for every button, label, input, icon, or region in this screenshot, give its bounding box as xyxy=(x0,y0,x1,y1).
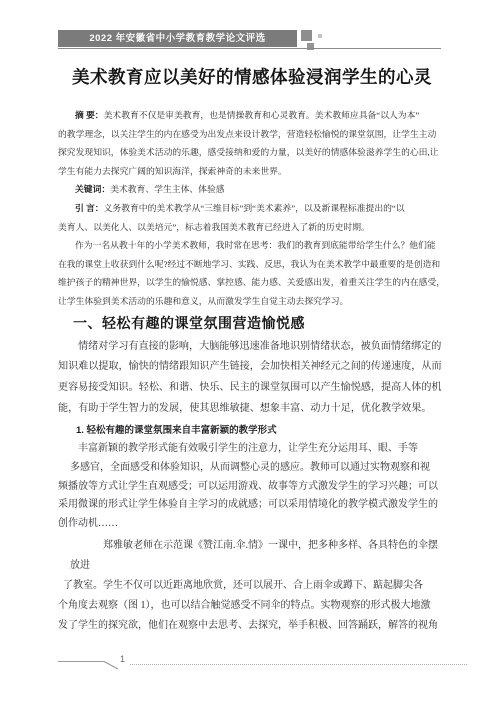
text-line: 频播放等方式让学生直观感受；可以运用游戏、故事等方式激发学生的学习兴趣；可以 xyxy=(58,478,446,497)
footer-rule xyxy=(58,661,104,662)
text-line: 情绪对学习有直接的影响，大脑能够迅速准备地识别情绪状态，被负面情绪绑定的 xyxy=(58,337,446,358)
text-line: 在我的课堂上收获到什么呢?经过不断地学习、实践、反思，我认为在美术教学中最重要的… xyxy=(58,255,446,274)
text-line: 多感官，全面感受和体验知识，从而调整心灵的感应。教师可以通过实物观察和视 xyxy=(58,459,446,478)
teaching-forms-paragraph: 丰富新颖的教学形式能有效吸引学生的注意力，让学生充分运用耳、眼、手等 多感官，全… xyxy=(58,440,446,534)
reflection-paragraph: 作为一名从教十年的小学美术教师，我时常在思考：我们的教育到底能带给学生什么？他们… xyxy=(58,236,446,310)
page-title: 美术教育应以美好的情感体验浸润学生的心灵 xyxy=(58,64,446,90)
footer-diagonal-mark xyxy=(104,661,119,670)
page-body: 美术教育应以美好的情感体验浸润学生的心灵 摘 要：美术教育不仅是审美教育，也是情… xyxy=(58,0,446,636)
footer-dotted-rule xyxy=(130,664,467,665)
text-line: 引 言：义务教育中的美术教学从“三维目标”到“美术素养”，以及新课程标准提出的“… xyxy=(58,199,446,218)
emotion-paragraph: 情绪对学习有直接的影响，大脑能够迅速准备地识别情绪状态，被负面情绪绑定的 知识难… xyxy=(58,337,446,420)
subsection-heading-1: 1. 轻松有趣的课堂氛围来自丰富新颖的教学形式 xyxy=(58,422,446,440)
document-page: 2022 年安徽省中小学教育教学论文评选 美术教育应以美好的情感体验浸润学生的心… xyxy=(0,0,500,707)
abstract-label: 摘 要： xyxy=(75,110,104,120)
keywords-paragraph: 关键词：美术教育、学生主体、体验感 xyxy=(58,180,446,199)
intro-paragraph: 引 言：义务教育中的美术教学从“三维目标”到“美术素养”，以及新课程标准提出的“… xyxy=(58,199,446,236)
text-line: 郑雅敏老师在示范课《赞江南.伞.情》一课中，把多种多样、各具特色的伞摆 xyxy=(58,536,446,556)
text-line: 让学生体验到美术活动的乐趣和意义，从而激发学生自觉主动去探究学习。 xyxy=(58,292,446,311)
text-line: 维护孩子的精神世界，以学生的愉悦感、掌控感、能力感、关爱感出发，着重关注学生的内… xyxy=(58,273,446,292)
example-paragraph: 郑雅敏老师在示范课《赞江南.伞.情》一课中，把多种多样、各具特色的伞摆 放进 了… xyxy=(58,536,446,636)
intro-text: 义务教育中的美术教学从“三维目标”到“美术素养”，以及新课程标准提出的“以 xyxy=(104,203,405,213)
text-line: 作为一名从教十年的小学美术教师，我时常在思考：我们的教育到底能带给学生什么？他们… xyxy=(58,236,446,255)
text-line: 发了学生的探究欲，他们在观察中去思考、去探究，举手积极、回答踊跃，解答的视角 xyxy=(58,616,446,636)
text-line: 更容易接受知识。轻松、和谐、快乐、民主的课堂氛围可以产生愉悦感，提高人体的机 xyxy=(58,378,446,399)
text-line: 采用微课的形式让学生体验自主学习的成就感；可以采用情境化的教学模式激发学生的 xyxy=(58,496,446,515)
text-line: 创作动机…… xyxy=(58,515,446,534)
text-line: 摘 要：美术教育不仅是审美教育，也是情操教育和心灵教育。美术教师应具备“以人为本… xyxy=(58,106,446,125)
page-number: 1 xyxy=(120,654,125,664)
page-footer: 1 xyxy=(58,652,467,672)
intro-label: 引 言： xyxy=(75,203,104,213)
text-line: 了教室。学生不仅可以近距离地欣赏，还可以展开、合上雨伞或蹲下、踮起脚尖各 xyxy=(58,576,446,596)
abstract-text: 美术教育不仅是审美教育，也是情操教育和心灵教育。美术教师应具备“以人为本” xyxy=(104,110,420,120)
keywords-text: 美术教育、学生主体、体验感 xyxy=(110,184,224,194)
text-line: 放进 xyxy=(58,556,446,576)
text-line: 个角度去观察（图 1），也可以结合触觉感受不同伞的特点。实物观察的形式极大地激 xyxy=(58,596,446,616)
text-line: 的教学理念，以关注学生的内在感受为出发点来设计教学，营造轻松愉悦的课堂氛围，让学… xyxy=(58,125,446,144)
text-line: 能，有助于学生智力的发展，使其思维敏捷、想象丰富、动力十足，优化教学效果。 xyxy=(58,399,446,420)
text-line: 探究发现知识，体验美术活动的乐趣，感受接纳和爱的力量，以美好的情感体验滋养学生的… xyxy=(58,143,446,162)
section-heading-1: 一、轻松有趣的课堂氛围营造愉悦感 xyxy=(58,313,446,333)
text-line: 知识难以提取，愉快的情绪跟知识产生链接，会加快相关神经元之间的传递速度，从而 xyxy=(58,357,446,378)
text-line: 关键词：美术教育、学生主体、体验感 xyxy=(58,180,446,199)
text-line: 丰富新颖的教学形式能有效吸引学生的注意力，让学生充分运用耳、眼、手等 xyxy=(58,440,446,459)
abstract-paragraph: 摘 要：美术教育不仅是审美教育，也是情操教育和心灵教育。美术教师应具备“以人为本… xyxy=(58,106,446,180)
text-line: 学生有能力去探究广阔的知识海洋，探索神奇的未来世界。 xyxy=(58,162,446,181)
text-line: 美育人、以美化人、以美培元”，标志着我国美术教育已经进入了新的历史时期。 xyxy=(58,218,446,237)
keywords-label: 关键词： xyxy=(75,184,110,194)
